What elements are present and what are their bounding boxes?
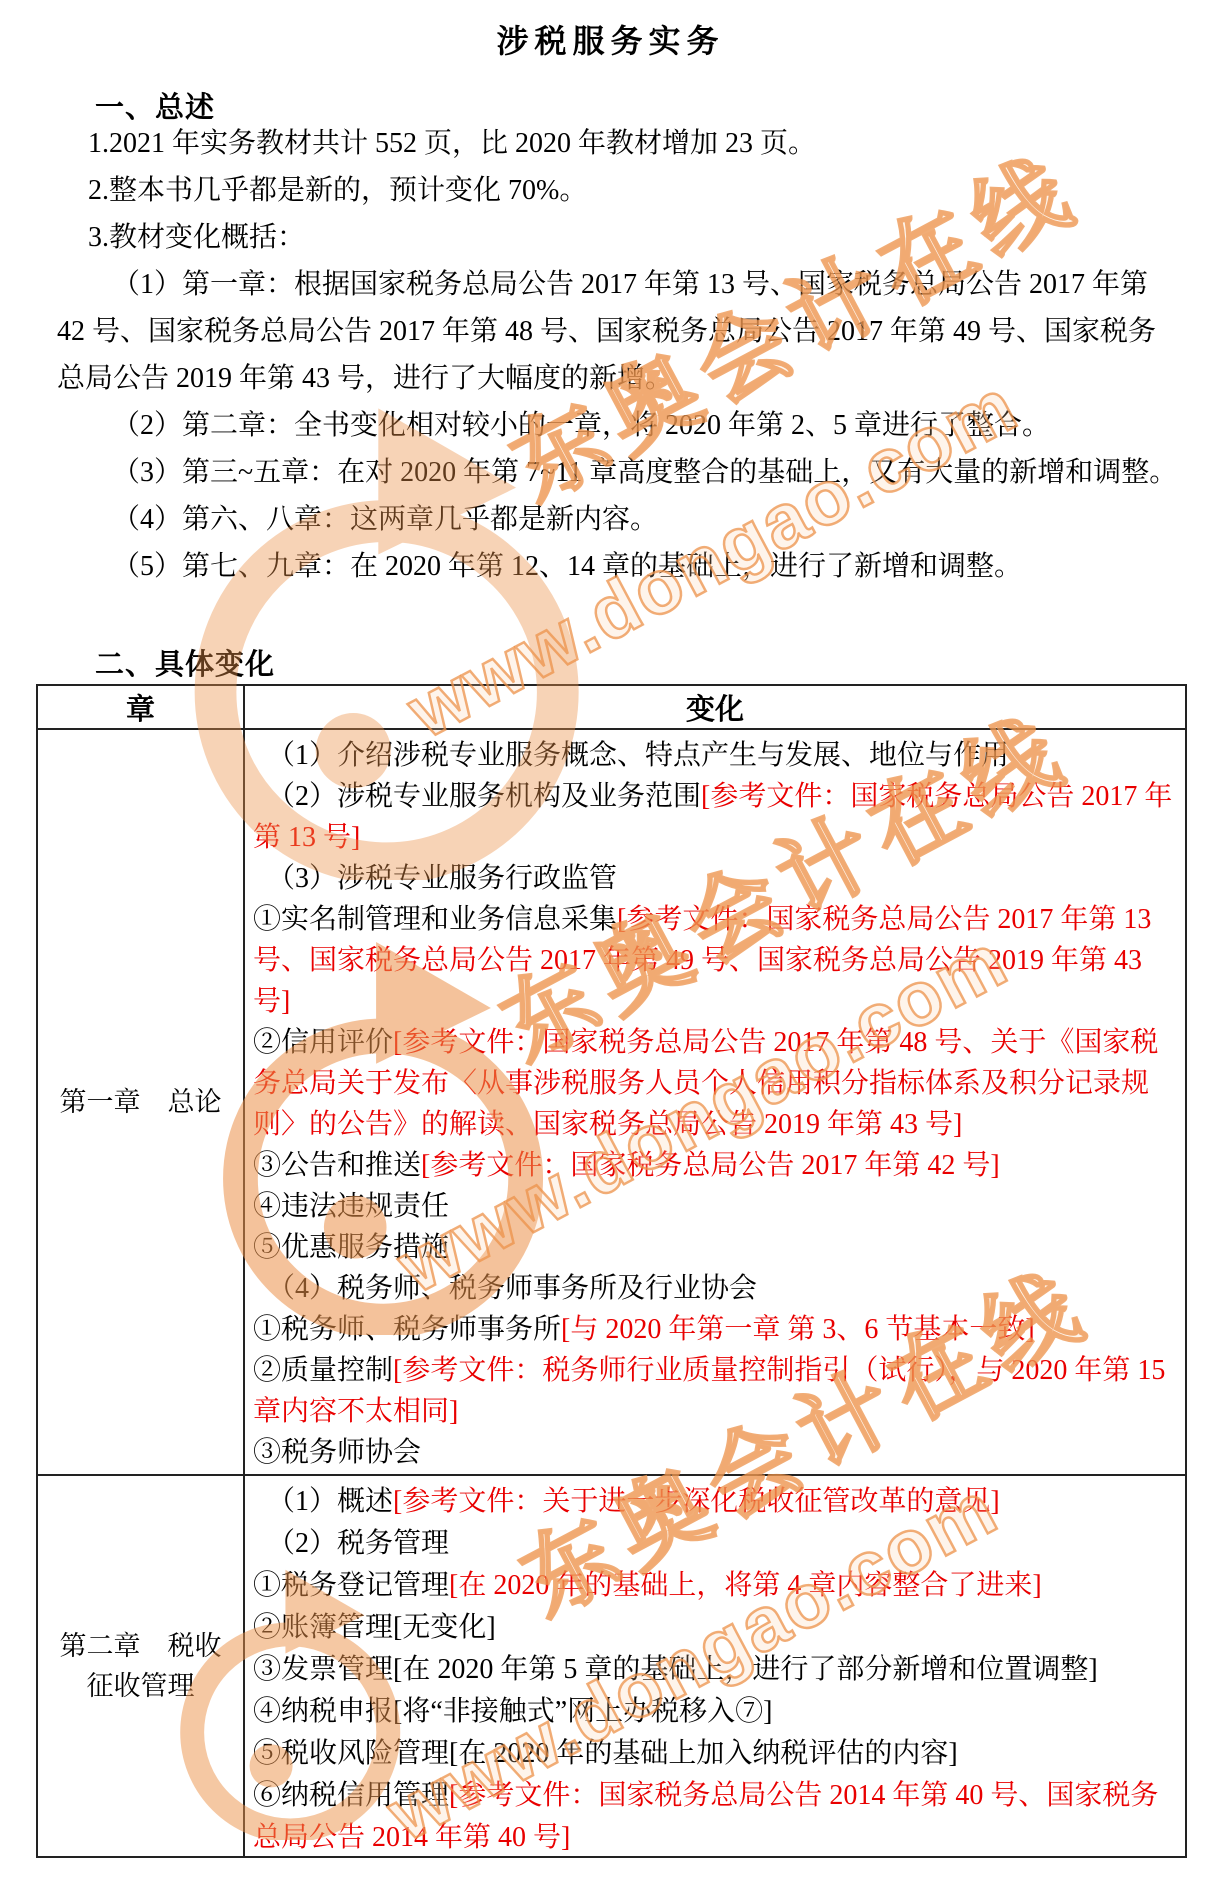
text-line: 42 号、国家税务总局公告 2017 年第 48 号、国家税务总局公告 2017… (57, 308, 1221, 355)
text-line: （1）介绍涉税专业服务概念、特点产生与发展、地位与作用 (253, 735, 1179, 776)
text-line: （2）税务管理 (253, 1523, 1179, 1565)
text-line: （1）第一章：根据国家税务总局公告 2017 年第 13 号、国家税务总局公告 … (112, 261, 1221, 308)
text-line: 1.2021 年实务教材共计 552 页，比 2020 年教材增加 23 页。 (88, 120, 1221, 167)
text-line: 总局公告 2014 年第 40 号] (253, 1817, 1179, 1856)
highlight-red-text: 第 13 号] (253, 822, 360, 853)
text-line: 则〉的公告》的解读、国家税务总局公告 2019 年第 43 号] (253, 1104, 1179, 1145)
text-line: ②信用评价[参考文件：国家税务总局公告 2017 年第 48 号、关于《国家税 (253, 1022, 1179, 1063)
table-header-change: 变化 (245, 686, 1185, 730)
highlight-red-text: 号] (253, 986, 290, 1017)
body-text: （3）第三~五章：在对 2020 年第 7~11 章高度整合的基础上，又有大量的… (112, 457, 1177, 488)
table-row1-change-cell: （1）介绍涉税专业服务概念、特点产生与发展、地位与作用（2）涉税专业服务机构及业… (245, 730, 1185, 1476)
table-row2-change-cell: （1）概述[参考文件：关于进一步深化税收征管改革的意见]（2）税务管理①税务登记… (245, 1476, 1185, 1856)
text-line: ③发票管理[在 2020 年第 5 章的基础上，进行了部分新增和位置调整] (253, 1649, 1179, 1691)
changes-table: 章 变化 第一章 总论 （1）介绍涉税专业服务概念、特点产生与发展、地位与作用（… (36, 684, 1187, 1858)
body-text: ③税务师协会 (253, 1437, 421, 1468)
body-text: （1）介绍涉税专业服务概念、特点产生与发展、地位与作用 (267, 740, 1009, 771)
body-text: （4）第六、八章：这两章几乎都是新内容。 (112, 504, 658, 535)
body-text: ①实名制管理和业务信息采集 (253, 904, 617, 935)
text-line: ④违法违规责任 (253, 1186, 1179, 1227)
body-text: （2）税务管理 (267, 1528, 449, 1559)
body-text: ④纳税申报[将“非接触式”网上办税移入⑦] (253, 1696, 773, 1727)
text-line: 总局公告 2019 年第 43 号，进行了大幅度的新增。 (57, 355, 1221, 402)
highlight-red-text: [参考文件：国家税务总局公告 2017 年第 48 号、关于《国家税 (393, 1027, 1158, 1058)
text-line: ①实名制管理和业务信息采集[参考文件：国家税务总局公告 2017 年第 13 (253, 899, 1179, 940)
body-text: ⑤税收风险管理[在 2020 年的基础上加入纳税评估的内容] (253, 1738, 958, 1769)
body-text: ②账簿管理[无变化] (253, 1612, 496, 1643)
body-text: ④违法违规责任 (253, 1191, 449, 1222)
body-text: 3.教材变化概括： (88, 222, 305, 253)
body-text: 2.整本书几乎都是新的，预计变化 70%。 (88, 175, 587, 206)
highlight-red-text: [在 2020 年的基础上，将第 4 章内容整合了进来] (449, 1570, 1042, 1601)
text-line: （4）第六、八章：这两章几乎都是新内容。 (112, 496, 1221, 543)
text-line: （1）概述[参考文件：关于进一步深化税收征管改革的意见] (253, 1481, 1179, 1523)
text-line: ⑥纳税信用管理[参考文件：国家税务总局公告 2014 年第 40 号、国家税务 (253, 1775, 1179, 1817)
body-text: ①税务登记管理 (253, 1570, 449, 1601)
body-text: （1）第一章：根据国家税务总局公告 2017 年第 13 号、国家税务总局公告 … (112, 269, 1148, 300)
body-text: （5）第七、九章：在 2020 年第 12、14 章的基础上，进行了新增和调整。 (112, 551, 1022, 582)
highlight-red-text: 总局公告 2014 年第 40 号] (253, 1822, 570, 1853)
chapter-label: 第一章 总论 (60, 1082, 222, 1122)
highlight-red-text: [参考文件：关于进一步深化税收征管改革的意见] (393, 1486, 1000, 1517)
text-line: 第 13 号] (253, 817, 1179, 858)
highlight-red-text: 号、国家税务总局公告 2017 年第 49 号、国家税务总局公告 2019 年第… (253, 945, 1142, 976)
text-line: ⑤优惠服务措施 (253, 1227, 1179, 1268)
highlight-red-text: 务总局关于发布〈从事涉税服务人员个人信用积分指标体系及积分记录规 (253, 1068, 1149, 1099)
highlight-red-text: 章内容不太相同] (253, 1396, 458, 1427)
body-text: ⑥纳税信用管理 (253, 1780, 449, 1811)
section-heading-changes: 二、具体变化 (95, 642, 275, 683)
text-line: （2）涉税专业服务机构及业务范围[参考文件：国家税务总局公告 2017 年 (253, 776, 1179, 817)
content-layer: 涉税服务实务 一、总述 1.2021 年实务教材共计 552 页，比 2020 … (0, 0, 1221, 1879)
body-text: （3）涉税专业服务行政监管 (267, 863, 617, 894)
body-text: 1.2021 年实务教材共计 552 页，比 2020 年教材增加 23 页。 (88, 128, 816, 159)
text-line: 号、国家税务总局公告 2017 年第 49 号、国家税务总局公告 2019 年第… (253, 940, 1179, 981)
text-line: ③税务师协会 (253, 1432, 1179, 1473)
text-line: （5）第七、九章：在 2020 年第 12、14 章的基础上，进行了新增和调整。 (112, 543, 1221, 590)
text-line: 号] (253, 981, 1179, 1022)
text-line: ②质量控制[参考文件：税务师行业质量控制指引（试行），与 2020 年第 15 (253, 1350, 1179, 1391)
body-text: ③公告和推送 (253, 1150, 421, 1181)
document-page: { "page": { "title": "涉税服务实务", "watermar… (0, 0, 1221, 1879)
body-text: （4）税务师、税务师事务所及行业协会 (267, 1273, 757, 1304)
table-row1-chapter-cell: 第一章 总论 (38, 730, 245, 1476)
highlight-red-text: [参考文件：国家税务总局公告 2017 年第 13 (617, 904, 1151, 935)
text-line: ①税务登记管理[在 2020 年的基础上，将第 4 章内容整合了进来] (253, 1565, 1179, 1607)
chapter-label: 第二章 税收 (60, 1626, 222, 1666)
table-row2-chapter-cell: 第二章 税收征收管理 (38, 1476, 245, 1856)
body-text: （2）涉税专业服务机构及业务范围 (267, 781, 701, 812)
highlight-red-text: [与 2020 年第一章 第 3、6 节基本一致] (561, 1314, 1035, 1345)
text-line: 务总局关于发布〈从事涉税服务人员个人信用积分指标体系及积分记录规 (253, 1063, 1179, 1104)
text-line: （4）税务师、税务师事务所及行业协会 (253, 1268, 1179, 1309)
text-line: ③公告和推送[参考文件：国家税务总局公告 2017 年第 42 号] (253, 1145, 1179, 1186)
highlight-red-text: [参考文件：国家税务总局公告 2017 年 (701, 781, 1172, 812)
highlight-red-text: 则〉的公告》的解读、国家税务总局公告 2019 年第 43 号] (253, 1109, 962, 1140)
body-text: ②信用评价 (253, 1027, 393, 1058)
body-text: ②质量控制 (253, 1355, 393, 1386)
table-header-chapter: 章 (38, 686, 245, 730)
body-text: ③发票管理[在 2020 年第 5 章的基础上，进行了部分新增和位置调整] (253, 1654, 1098, 1685)
text-line: ②账簿管理[无变化] (253, 1607, 1179, 1649)
highlight-red-text: [参考文件：国家税务总局公告 2017 年第 42 号] (421, 1150, 1000, 1181)
text-line: （3）第三~五章：在对 2020 年第 7~11 章高度整合的基础上，又有大量的… (112, 449, 1221, 496)
text-line: （3）涉税专业服务行政监管 (253, 858, 1179, 899)
text-line: 2.整本书几乎都是新的，预计变化 70%。 (88, 167, 1221, 214)
text-line: （2）第二章：全书变化相对较小的一章，将 2020 年第 2、5 章进行了整合。 (112, 402, 1221, 449)
chapter-label: 征收管理 (87, 1666, 195, 1706)
overview-paragraphs: 1.2021 年实务教材共计 552 页，比 2020 年教材增加 23 页。2… (0, 120, 1221, 590)
text-line: 3.教材变化概括： (88, 214, 1221, 261)
text-line: 章内容不太相同] (253, 1391, 1179, 1432)
body-text: （2）第二章：全书变化相对较小的一章，将 2020 年第 2、5 章进行了整合。 (112, 410, 1050, 441)
highlight-red-text: [参考文件：税务师行业质量控制指引（试行），与 2020 年第 15 (393, 1355, 1165, 1386)
body-text: ⑤优惠服务措施 (253, 1232, 449, 1263)
body-text: 42 号、国家税务总局公告 2017 年第 48 号、国家税务总局公告 2017… (57, 316, 1156, 347)
text-line: ①税务师、税务师事务所[与 2020 年第一章 第 3、6 节基本一致] (253, 1309, 1179, 1350)
text-line: ④纳税申报[将“非接触式”网上办税移入⑦] (253, 1691, 1179, 1733)
text-line: ⑤税收风险管理[在 2020 年的基础上加入纳税评估的内容] (253, 1733, 1179, 1775)
body-text: （1）概述 (267, 1486, 393, 1517)
body-text: ①税务师、税务师事务所 (253, 1314, 561, 1345)
body-text: 总局公告 2019 年第 43 号，进行了大幅度的新增。 (57, 363, 673, 394)
highlight-red-text: [参考文件：国家税务总局公告 2014 年第 40 号、国家税务 (449, 1780, 1158, 1811)
page-title: 涉税服务实务 (0, 16, 1221, 62)
